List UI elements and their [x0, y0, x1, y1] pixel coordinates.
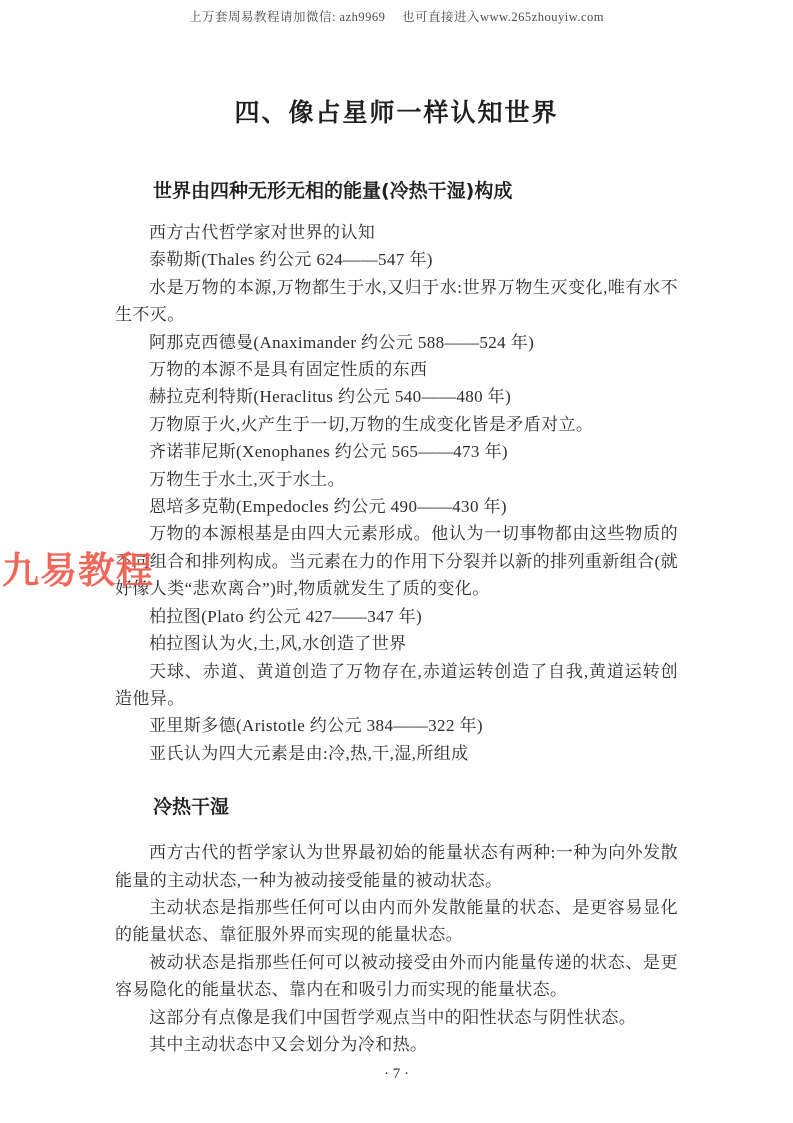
- paragraph: 天球、赤道、黄道创造了万物存在,赤道运转创造了自我,黄道运转创造他异。: [115, 658, 678, 713]
- paragraph: 泰勒斯(Thales 约公元 624——547 年): [115, 246, 678, 273]
- section-heading-energy: 世界由四种无形无相的能量(冷热干湿)构成: [115, 176, 678, 203]
- paragraph: 亚里斯多德(Aristotle 约公元 384——322 年): [115, 712, 678, 739]
- book-page: 上万套周易教程请加微信: azh9969 也可直接进入www.265zhouyi…: [0, 0, 793, 1123]
- paragraph: 万物的本源根基是由四大元素形成。他认为一切事物都由这些物质的不同组合和排列构成。…: [115, 520, 678, 602]
- paragraph: 亚氏认为四大元素是由:冷,热,干,湿,所组成: [115, 740, 678, 767]
- section-body-cold-hot-dry-wet: 西方古代的哲学家认为世界最初始的能量状态有两种:一种为向外发散能量的主动状态,一…: [115, 839, 678, 1058]
- page-title: 四、像占星师一样认知世界: [115, 93, 678, 129]
- page-number: · 7 ·: [0, 1066, 793, 1083]
- paragraph: 万物生于水土,灭于水土。: [115, 466, 678, 493]
- paragraph: 这部分有点像是我们中国哲学观点当中的阳性状态与阴性状态。: [115, 1004, 678, 1031]
- paragraph: 水是万物的本源,万物都生于水,又归于水:世界万物生灭变化,唯有水不生不灭。: [115, 274, 678, 329]
- paragraph: 其中主动状态中又会划分为冷和热。: [115, 1031, 678, 1058]
- paragraph: 恩培多克勒(Empedocles 约公元 490——430 年): [115, 493, 678, 520]
- paragraph: 柏拉图(Plato 约公元 427——347 年): [115, 603, 678, 630]
- paragraph: 万物原于火,火产生于一切,万物的生成变化皆是矛盾对立。: [115, 411, 678, 438]
- paragraph: 西方古代的哲学家认为世界最初始的能量状态有两种:一种为向外发散能量的主动状态,一…: [115, 839, 678, 894]
- paragraph: 赫拉克利特斯(Heraclitus 约公元 540——480 年): [115, 383, 678, 410]
- section-body-energy: 西方古代哲学家对世界的认知 泰勒斯(Thales 约公元 624——547 年)…: [115, 219, 678, 767]
- paragraph: 柏拉图认为火,土,风,水创造了世界: [115, 630, 678, 657]
- paragraph: 齐诺菲尼斯(Xenophanes 约公元 565——473 年): [115, 438, 678, 465]
- paragraph: 主动状态是指那些任何可以由内而外发散能量的状态、是更容易显化的能量状态、靠征服外…: [115, 894, 678, 949]
- paragraph: 阿那克西德曼(Anaximander 约公元 588——524 年): [115, 329, 678, 356]
- page-content: 四、像占星师一样认知世界 世界由四种无形无相的能量(冷热干湿)构成 西方古代哲学…: [115, 0, 678, 1058]
- paragraph: 西方古代哲学家对世界的认知: [115, 219, 678, 246]
- paragraph: 被动状态是指那些任何可以被动接受由外而内能量传递的状态、是更容易隐化的能量状态、…: [115, 949, 678, 1004]
- section-heading-cold-hot-dry-wet: 冷热干湿: [115, 792, 678, 819]
- paragraph: 万物的本源不是具有固定性质的东西: [115, 356, 678, 383]
